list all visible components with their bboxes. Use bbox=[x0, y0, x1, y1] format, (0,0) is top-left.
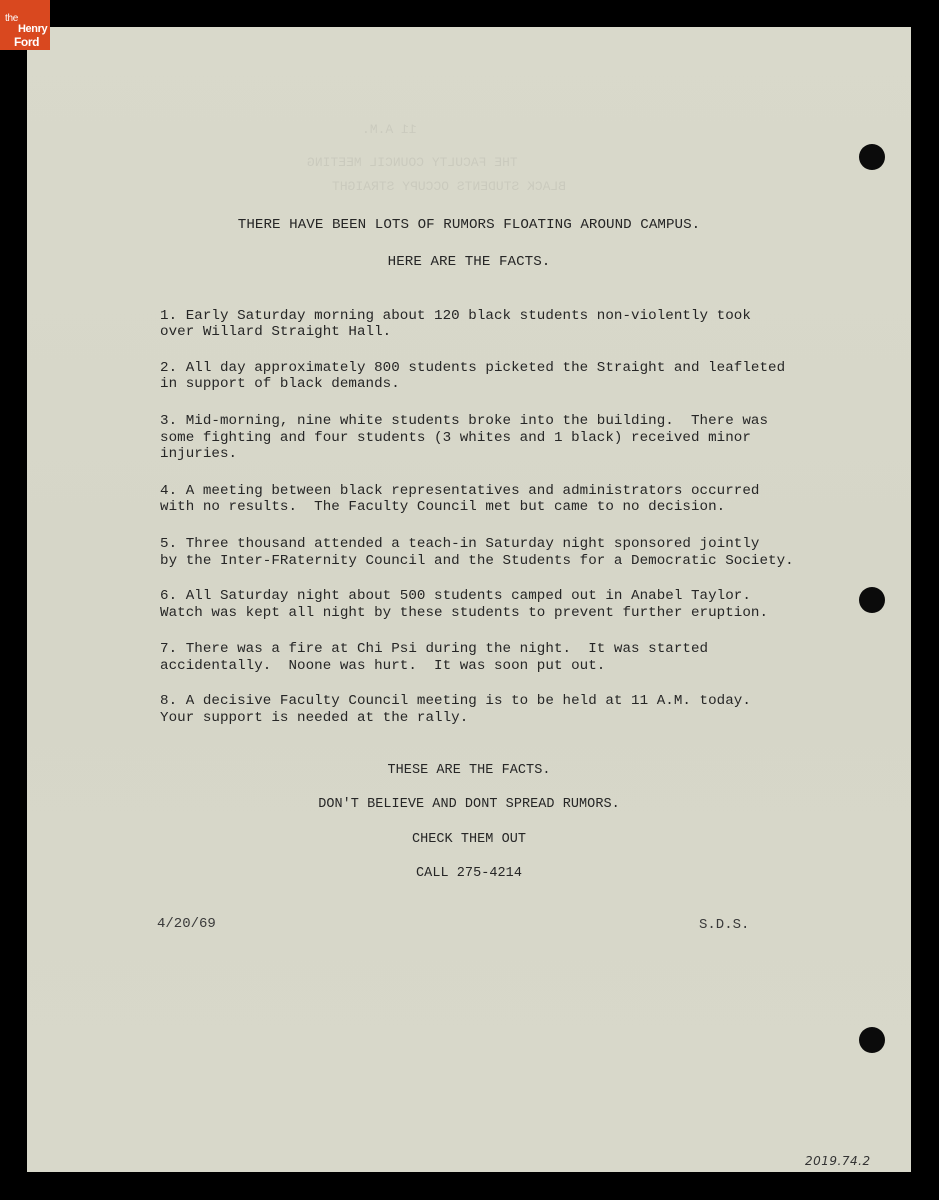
logo-line-henry: Henry bbox=[18, 24, 47, 35]
fact-line: 8. A decisive Faculty Council meeting is… bbox=[160, 693, 751, 709]
closing-facts-line: THESE ARE THE FACTS. bbox=[27, 763, 911, 778]
accession-number: 2019.74.2 bbox=[805, 1154, 871, 1168]
fact-line: 6. All Saturday night about 500 students… bbox=[160, 588, 751, 604]
document-page: 11 A.M. THE FACULTY COUNCIL MEETING BLAC… bbox=[27, 27, 911, 1172]
fact-line: with no results. The Faculty Council met… bbox=[160, 499, 725, 515]
fact-line: 4. A meeting between black representativ… bbox=[160, 483, 759, 499]
logo-prefix: the bbox=[5, 14, 18, 24]
fact-line: 7. There was a fire at Chi Psi during th… bbox=[160, 641, 708, 657]
binder-hole-middle bbox=[859, 587, 885, 613]
document-heading: THERE HAVE BEEN LOTS OF RUMORS FLOATING … bbox=[27, 217, 911, 233]
fact-line: injuries. bbox=[160, 446, 237, 462]
fact-line: in support of black demands. bbox=[160, 376, 400, 392]
closing-call-line: CALL 275-4214 bbox=[27, 866, 911, 881]
the-henry-ford-logo: the Henry Ford bbox=[0, 0, 50, 50]
fact-line: 5. Three thousand attended a teach-in Sa… bbox=[160, 536, 759, 552]
document-subheading: HERE ARE THE FACTS. bbox=[27, 254, 911, 270]
fact-line: Your support is needed at the rally. bbox=[160, 710, 468, 726]
document-signature: S.D.S. bbox=[699, 917, 749, 933]
fact-line: 2. All day approximately 800 students pi… bbox=[160, 360, 785, 376]
closing-rumors-line: DON'T BELIEVE AND DONT SPREAD RUMORS. bbox=[27, 797, 911, 812]
fact-line: over Willard Straight Hall. bbox=[160, 324, 391, 340]
bleed-through-text: THE FACULTY COUNCIL MEETING bbox=[307, 155, 518, 170]
fact-line: accidentally. Noone was hurt. It was soo… bbox=[160, 658, 605, 674]
bleed-through-text: 11 A.M. bbox=[362, 122, 417, 137]
fact-line: by the Inter-FRaternity Council and the … bbox=[160, 553, 794, 569]
fact-line: 1. Early Saturday morning about 120 blac… bbox=[160, 308, 751, 324]
binder-hole-top bbox=[859, 144, 885, 170]
logo-line-ford: Ford bbox=[14, 36, 39, 48]
document-date: 4/20/69 bbox=[157, 916, 216, 932]
fact-line: some fighting and four students (3 white… bbox=[160, 430, 751, 446]
fact-line: Watch was kept all night by these studen… bbox=[160, 605, 768, 621]
bleed-through-text: BLACK STUDENTS OCCUPY STRAIGHT bbox=[332, 179, 566, 194]
fact-line: 3. Mid-morning, nine white students brok… bbox=[160, 413, 768, 429]
closing-check-line: CHECK THEM OUT bbox=[27, 832, 911, 847]
binder-hole-bottom bbox=[859, 1027, 885, 1053]
